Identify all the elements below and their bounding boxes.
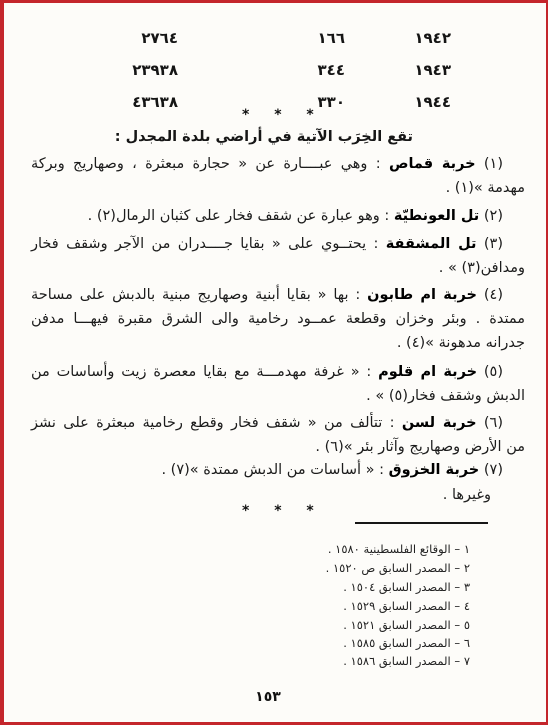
khirba-item-1-line-2: مهدمة »(١) .	[31, 178, 525, 199]
khirba-item-4-line-1: (٤) خربة ام طابون : بها « بقايا أبنية وص…	[31, 285, 503, 306]
page-number: ١٥٣	[218, 689, 318, 705]
khirba-item-3-line-2: ومدافن(٣) » .	[31, 258, 525, 279]
item-text: : تتألف من « شقف فخار وقطع رخامية مبعثرة…	[31, 415, 402, 431]
khirba-item-4-line-3: جدرانه مدهونة »(٤) .	[31, 333, 525, 354]
footnote-item: ٤ – المصدر السابق ١٥٢٩ .	[343, 599, 470, 614]
intro-line: تقع الخِرَب الآتية في أراضي بلدة المجدل …	[115, 129, 413, 145]
item-text: : يحتــوي على « بقايا جــــدران من الآجر…	[31, 236, 386, 252]
stars-separator-bottom: * * *	[242, 503, 324, 519]
khirba-item-7-line-1: (٧) خربة الخزوق : « أساسات من الدبش ممتد…	[31, 460, 503, 481]
table-cell-year: ١٩٤٢	[414, 29, 451, 47]
khirba-item-5-line-1: (٥) خربة ام قلوم : « غرفة مهدمـــة مع بق…	[31, 362, 503, 383]
item-number: (٥)	[477, 364, 503, 380]
book-page: ١٩٤٢ ١٦٦ ٢٧٦٤ ١٩٤٣ ٣٤٤ ٢٣٩٣٨ ١٩٤٤ ٣٣٠ ٤٣…	[0, 0, 548, 725]
stars-separator-top: * * *	[242, 107, 324, 123]
table-cell-year: ١٩٤٤	[414, 93, 451, 111]
table-cell-count: ٣٤٤	[318, 61, 345, 79]
khirba-name: خربة قماص	[389, 156, 476, 172]
item-number: (٧)	[479, 462, 503, 478]
item-number: (٤)	[477, 287, 503, 303]
khirba-name: تل المشقفة	[386, 236, 477, 252]
item-number: (٦)	[477, 415, 503, 431]
khirba-name: خربة لسن	[402, 415, 477, 431]
khirba-item-6-line-2: من الأرض وصهاريج وآثار بئر »(٦) .	[31, 437, 525, 458]
item-number: (١)	[476, 156, 503, 172]
khirba-item-1-line-1: (١) خربة قماص : وهي عبــــارة عن « حجارة…	[31, 154, 503, 175]
khirba-item-2-line-1: (٢) تل العونطيّة : وهو عبارة عن شقف فخار…	[31, 206, 503, 227]
table-cell-year: ١٩٤٣	[414, 61, 451, 79]
footnote-item: ٢ – المصدر السابق ص ١٥٢٠ .	[326, 561, 470, 576]
footnote-item: ٦ – المصدر السابق ١٥٨٥ .	[343, 636, 470, 651]
khirba-item-3-line-1: (٣) تل المشقفة : يحتــوي على « بقايا جــ…	[31, 234, 503, 255]
khirba-name: خربة ام قلوم	[378, 364, 477, 380]
footnote-item: ١ – الوقائع الفلسطينية ١٥٨٠ .	[328, 542, 470, 557]
item-text: : بها « بقايا أبنية وصهاريج مبنية بالدبش…	[31, 287, 367, 303]
table-cell-value: ٢٣٩٣٨	[132, 61, 178, 79]
khirba-item-4-line-2: ممتدة . وبئر وخزان وقطعة عمــود رخامية و…	[31, 309, 525, 330]
item-text: : وهو عبارة عن شقف فخار على كثبان الرمال…	[88, 208, 394, 224]
table-cell-count: ١٦٦	[318, 29, 345, 47]
item-number: (٢)	[479, 208, 503, 224]
footnote-item: ٥ – المصدر السابق ١٥٢١ .	[343, 618, 470, 633]
footnote-item: ٣ – المصدر السابق ١٥٠٤ .	[343, 580, 470, 595]
table-cell-value: ٤٣٦٣٨	[132, 93, 178, 111]
khirba-name: خربة الخزوق	[389, 462, 480, 478]
khirba-item-6-line-1: (٦) خربة لسن : تتألف من « شقف فخار وقطع …	[31, 413, 503, 434]
khirba-name: خربة ام طابون	[367, 287, 477, 303]
item-text: : وهي عبــــارة عن « حجارة مبعثرة ، وصها…	[31, 156, 389, 172]
table-cell-value: ٢٧٦٤	[141, 29, 178, 47]
item-text: : « غرفة مهدمـــة مع بقايا معصرة زيت وأس…	[31, 364, 378, 380]
item-number: (٣)	[477, 236, 503, 252]
khirba-item-5-line-2: الدبش وشقف فخار(٥) » .	[31, 386, 525, 407]
khirba-name: تل العونطيّة	[394, 208, 479, 224]
closing-line: وغيرها .	[443, 487, 491, 503]
footnote-item: ٧ – المصدر السابق ١٥٨٦ .	[343, 654, 470, 669]
item-text: : « أساسات من الدبش ممتدة »(٧) .	[161, 462, 388, 478]
footnote-rule	[355, 522, 488, 524]
